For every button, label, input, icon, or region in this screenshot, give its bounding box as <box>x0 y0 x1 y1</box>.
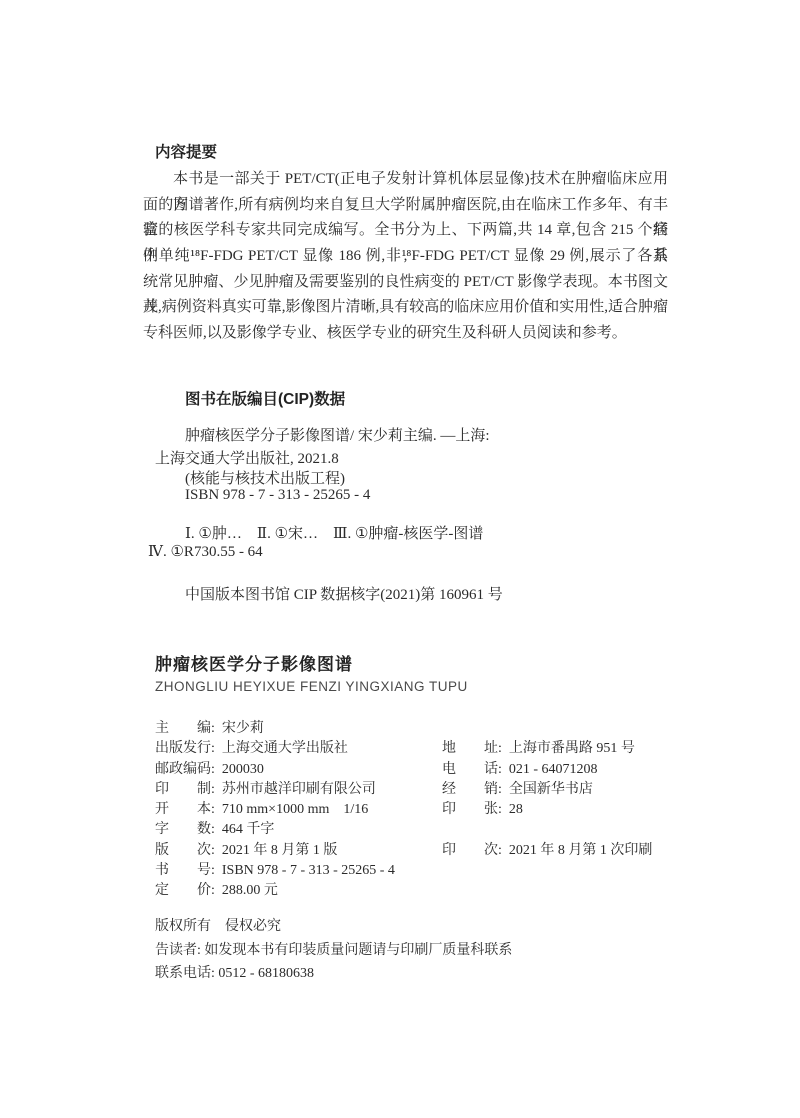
colophon-label: 主 编: <box>155 721 215 736</box>
cip-record-number-line: 中国版本图书馆 CIP 数据核字(2021)第 160961 号 <box>185 583 503 604</box>
cip-classification-line: Ⅰ. ①肿… Ⅱ. ①宋… Ⅲ. ①肿瘤-核医学-图谱 <box>185 522 483 543</box>
colophon-cell: 印 制:苏州市越洋印刷有限公司 <box>155 780 442 800</box>
colophon-cell: 书 号:ISBN 978 - 7 - 313 - 25265 - 4 <box>155 861 442 881</box>
book-title-pinyin: ZHONGLIU HEYIXUE FENZI YINGXIANG TUPU <box>155 679 468 694</box>
colophon-label: 开 本: <box>155 802 215 817</box>
colophon-row: 版 次:2021 年 8 月第 1 版 印 次:2021 年 8 月第 1 次印… <box>155 841 675 861</box>
colophon-value: ISBN 978 - 7 - 313 - 25265 - 4 <box>222 863 395 878</box>
colophon-cell <box>442 881 675 901</box>
colophon-label: 出版发行: <box>155 741 215 756</box>
colophon-value: 苏州市越洋印刷有限公司 <box>222 782 376 797</box>
colophon-label: 地 址: <box>442 741 502 756</box>
abstract-line: 统常见肿瘤、少见肿瘤及需要鉴别的良性病变的 PET/CT 影像学表现。本书图文并 <box>143 270 668 296</box>
colophon-value: 28 <box>509 802 523 817</box>
footer-section: 版权所有 侵权必究 告读者: 如发现本书有印装质量问题请与印刷厂质量科联系 联系… <box>155 915 512 986</box>
colophon-row: 出版发行:上海交通大学出版社 地 址:上海市番禺路 951 号 <box>155 739 675 759</box>
colophon-cell: 定 价:288.00 元 <box>155 881 442 901</box>
abstract-line: 专科医师,以及影像学专业、核医学专业的研究生及科研人员阅读和参考。 <box>143 321 668 347</box>
colophon-value: 上海市番禺路 951 号 <box>509 741 635 756</box>
colophon-cell <box>442 719 675 739</box>
colophon-row: 主 编:宋少莉 <box>155 719 675 739</box>
abstract-line: 本书是一部关于 PET/CT(正电子发射计算机体层显像)技术在肿瘤临床应用方 <box>143 167 668 193</box>
colophon-value: 全国新华书店 <box>509 782 593 797</box>
colophon-cell: 邮政编码:200030 <box>155 760 442 780</box>
colophon-value: 710 mm×1000 mm 1/16 <box>222 802 368 817</box>
colophon-cell: 主 编:宋少莉 <box>155 719 442 739</box>
book-title: 肿瘤核医学分子影像图谱 <box>155 650 353 675</box>
cip-series-line: (核能与核技术出版工程) <box>185 467 345 488</box>
colophon-row: 印 制:苏州市越洋印刷有限公司 经 销:全国新华书店 <box>155 780 675 800</box>
colophon-row: 字 数:464 千字 <box>155 820 675 840</box>
colophon-section: 主 编:宋少莉 出版发行:上海交通大学出版社 地 址:上海市番禺路 951 号 … <box>155 719 675 902</box>
colophon-cell <box>442 820 675 840</box>
colophon-label: 书 号: <box>155 863 215 878</box>
cip-class-code-line: Ⅳ. ①R730.55 - 64 <box>148 542 263 561</box>
colophon-label: 印 张: <box>442 802 502 817</box>
colophon-cell: 印 张:28 <box>442 800 675 820</box>
colophon-cell: 开 本:710 mm×1000 mm 1/16 <box>155 800 442 820</box>
colophon-value: 上海交通大学出版社 <box>222 741 348 756</box>
colophon-cell: 印 次:2021 年 8 月第 1 次印刷 <box>442 841 675 861</box>
colophon-value: 021 - 64071208 <box>509 762 598 777</box>
colophon-value: 宋少莉 <box>222 721 264 736</box>
colophon-cell <box>442 861 675 881</box>
colophon-value: 464 千字 <box>222 822 275 837</box>
colophon-label: 印 次: <box>442 843 502 858</box>
colophon-value: 200030 <box>222 762 264 777</box>
reader-notice: 告读者: 如发现本书有印装质量问题请与印刷厂质量科联系 <box>155 939 512 963</box>
abstract-line: 茂,病例资料真实可靠,影像图片清晰,具有较高的临床应用价值和实用性,适合肿瘤 <box>143 295 668 321</box>
colophon-cell: 出版发行:上海交通大学出版社 <box>155 739 442 759</box>
colophon-value: 2021 年 8 月第 1 次印刷 <box>509 843 653 858</box>
colophon-cell: 电 话:021 - 64071208 <box>442 760 675 780</box>
colophon-label: 邮政编码: <box>155 762 215 777</box>
contact-phone: 联系电话: 0512 - 68180638 <box>155 962 512 986</box>
colophon-row: 定 价:288.00 元 <box>155 881 675 901</box>
abstract-paragraph: 本书是一部关于 PET/CT(正电子发射计算机体层显像)技术在肿瘤临床应用方 面… <box>143 167 668 347</box>
colophon-label: 字 数: <box>155 822 215 837</box>
copyright-page: 内容提要 本书是一部关于 PET/CT(正电子发射计算机体层显像)技术在肿瘤临床… <box>0 0 800 1118</box>
abstract-line: 面的图谱著作,所有病例均来自复旦大学附属肿瘤医院,由在临床工作多年、有丰富经 <box>143 193 668 219</box>
cip-heading: 图书在版编目(CIP)数据 <box>185 387 345 409</box>
colophon-row: 开 本:710 mm×1000 mm 1/16 印 张:28 <box>155 800 675 820</box>
cip-publisher-line: 上海交通大学出版社, 2021.8 <box>155 447 339 468</box>
copyright-notice: 版权所有 侵权必究 <box>155 915 512 939</box>
colophon-cell: 经 销:全国新华书店 <box>442 780 675 800</box>
abstract-line: 中单纯¹⁸F-FDG PET/CT 显像 186 例,非¹⁸F-FDG PET/… <box>143 244 668 270</box>
colophon-cell: 版 次:2021 年 8 月第 1 版 <box>155 841 442 861</box>
colophon-cell: 地 址:上海市番禺路 951 号 <box>442 739 675 759</box>
abstract-heading: 内容提要 <box>155 140 217 162</box>
colophon-row: 书 号:ISBN 978 - 7 - 313 - 25265 - 4 <box>155 861 675 881</box>
colophon-row: 邮政编码:200030 电 话:021 - 64071208 <box>155 760 675 780</box>
colophon-label: 经 销: <box>442 782 502 797</box>
colophon-label: 电 话: <box>442 762 502 777</box>
colophon-label: 印 制: <box>155 782 215 797</box>
cip-title-line: 肿瘤核医学分子影像图谱/ 宋少莉主编. —上海: <box>185 424 490 445</box>
colophon-value: 2021 年 8 月第 1 版 <box>222 843 338 858</box>
abstract-line: 验的核医学科专家共同完成编写。全书分为上、下两篇,共 14 章,包含 215 个… <box>143 218 668 244</box>
colophon-cell: 字 数:464 千字 <box>155 820 442 840</box>
cip-isbn-line: ISBN 978 - 7 - 313 - 25265 - 4 <box>185 487 370 504</box>
colophon-label: 版 次: <box>155 843 215 858</box>
colophon-label: 定 价: <box>155 883 215 898</box>
colophon-value: 288.00 元 <box>222 883 278 898</box>
